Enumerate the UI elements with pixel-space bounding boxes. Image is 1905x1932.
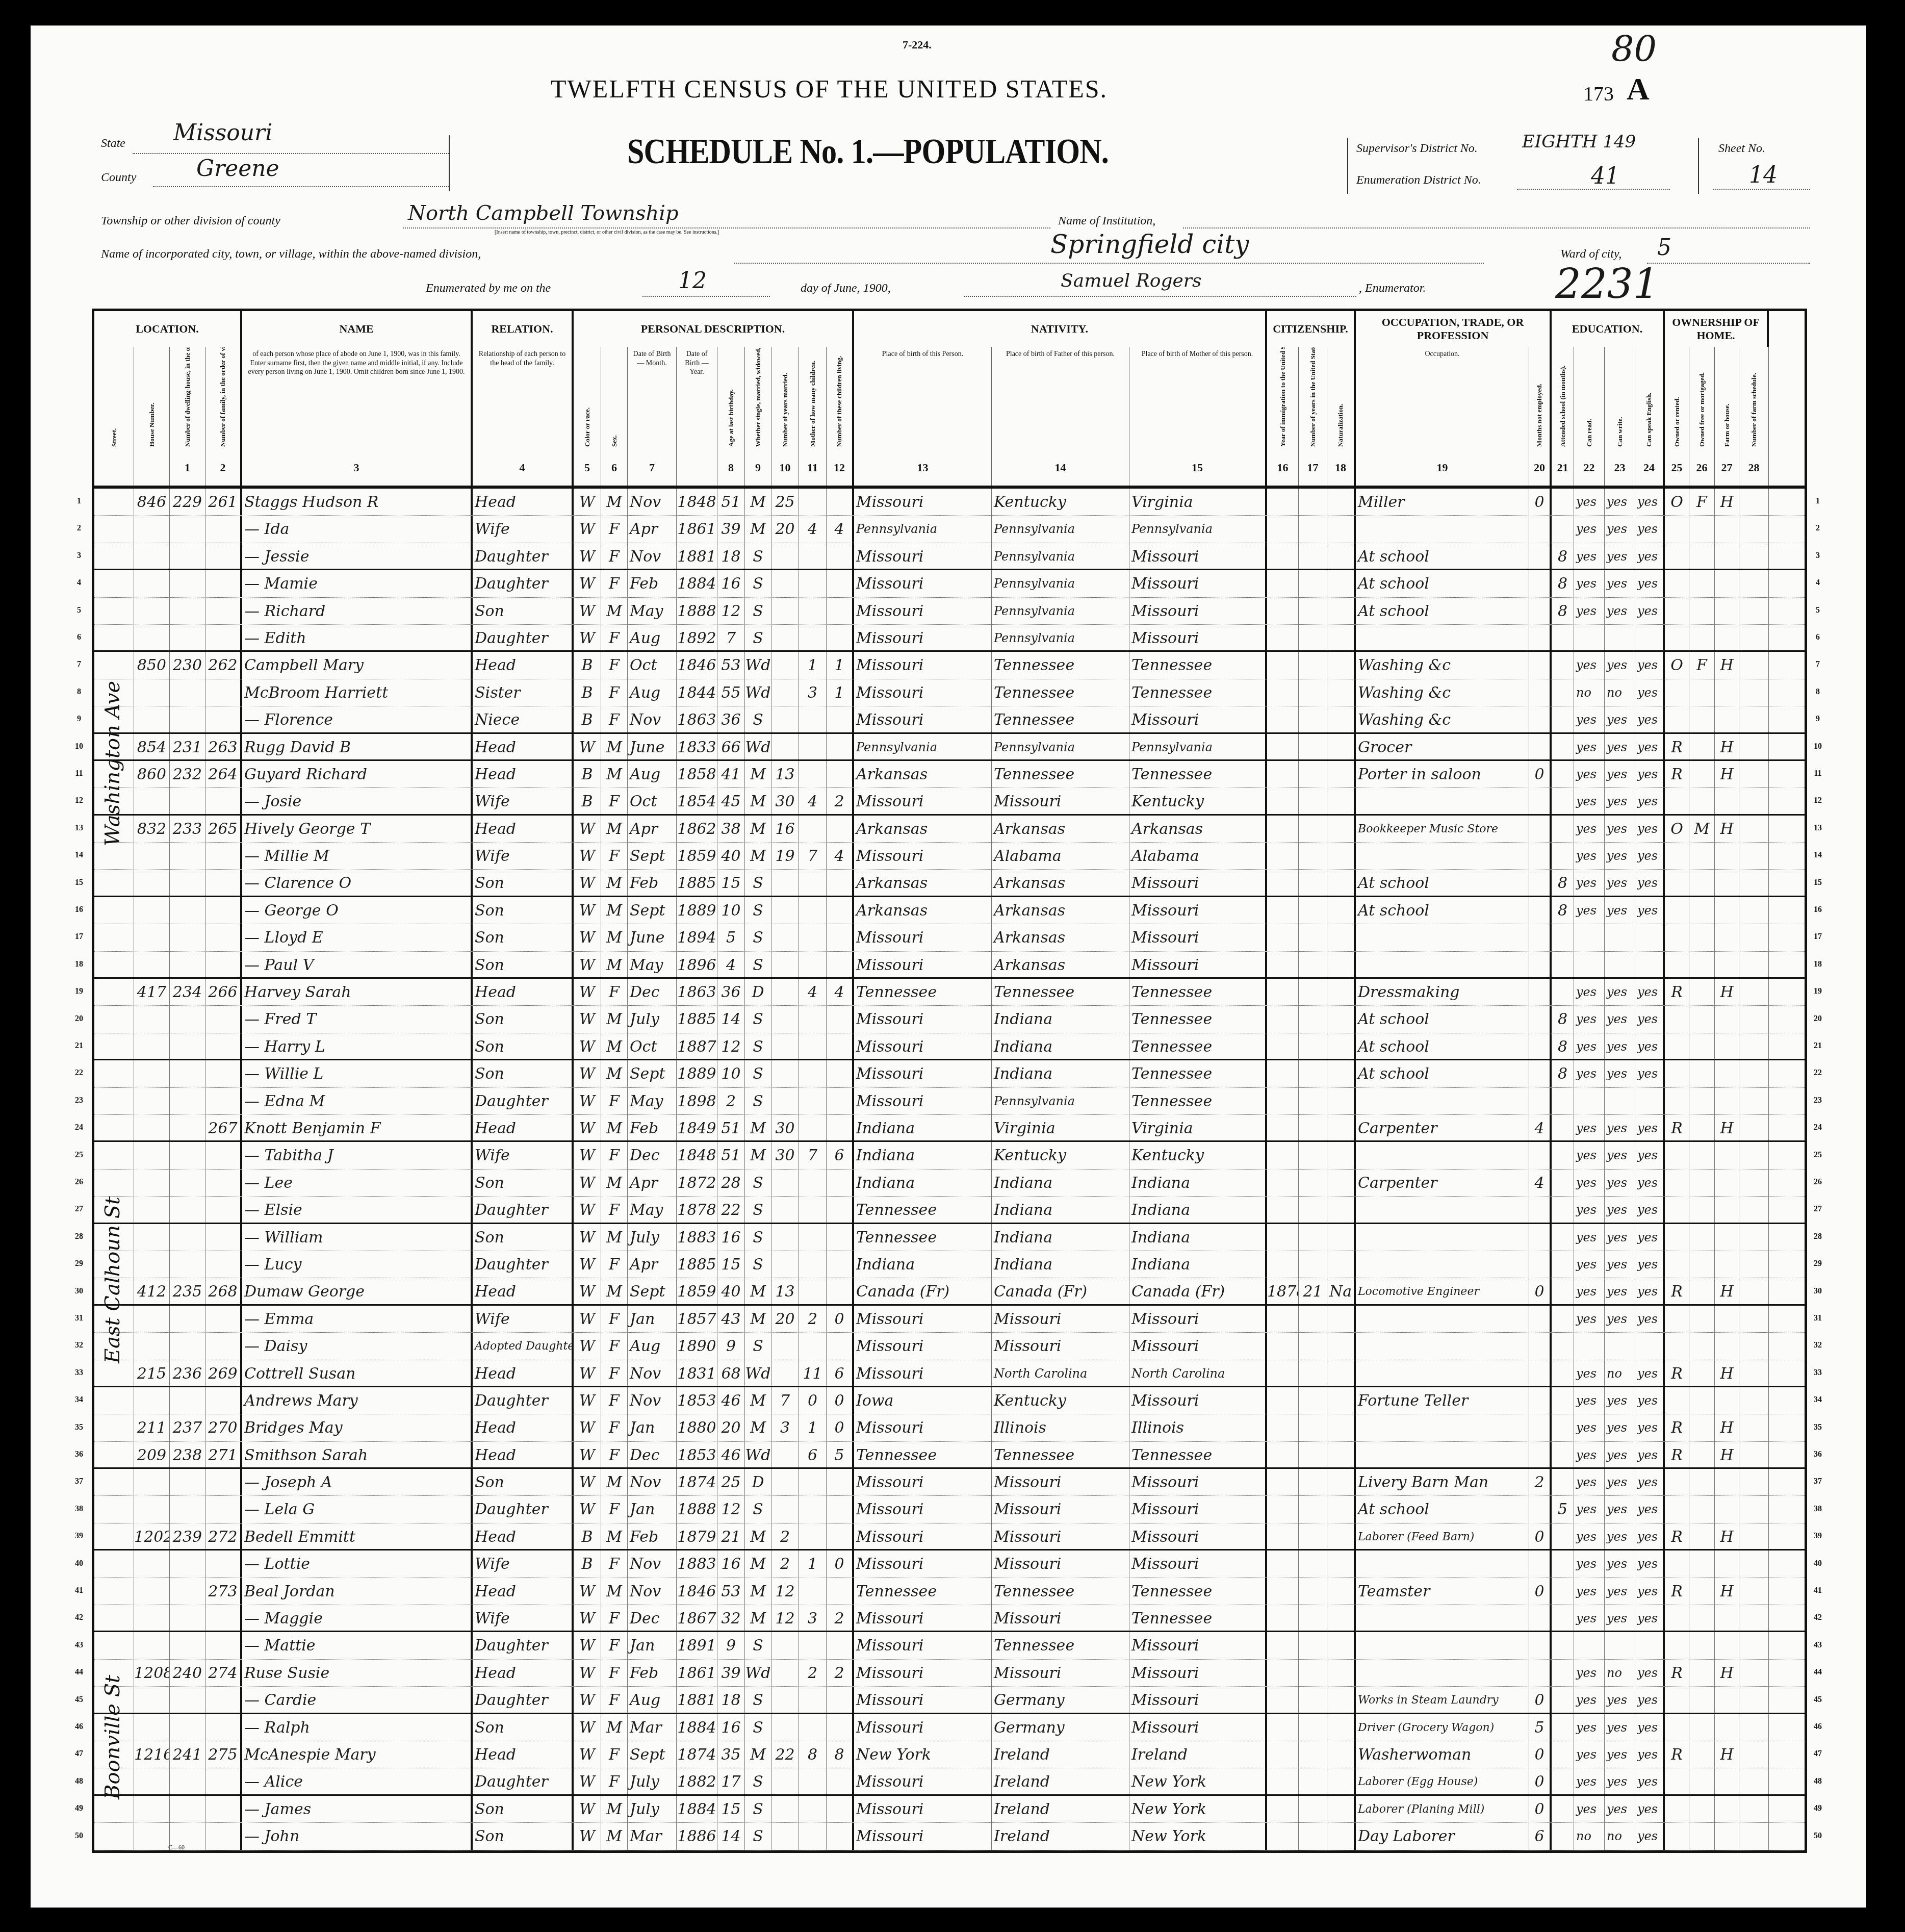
cell-children_living — [827, 1088, 854, 1114]
table-row: 215236269Cottrell SusanHeadWFNov183168Wd… — [94, 1360, 1805, 1387]
cell-free_mortgaged — [1689, 1578, 1715, 1605]
cell-children_living — [827, 1060, 854, 1087]
line-number: 35 — [71, 1423, 87, 1432]
cell-english: yes — [1635, 1796, 1665, 1822]
cell-naturalization — [1327, 1224, 1356, 1251]
cell-year: 1833 — [677, 734, 717, 759]
cell-write: yes — [1605, 1115, 1635, 1140]
cell-naturalization — [1327, 1578, 1356, 1605]
cell-school_months: 8 — [1552, 1060, 1574, 1087]
cell-months_unemployed — [1529, 1224, 1552, 1251]
cell-farm_house — [1715, 924, 1739, 951]
cell-marital: M — [745, 1605, 771, 1631]
cell-months_unemployed — [1529, 952, 1552, 977]
cell-years_married — [771, 1796, 799, 1822]
line-number: 39 — [1810, 1532, 1825, 1541]
cell-years_married: 2 — [771, 1550, 799, 1577]
cell-immigration_year — [1267, 870, 1299, 895]
cell-naturalization — [1327, 1796, 1356, 1822]
table-row: — JosieWifeBFOct185445M3042MissouriMisso… — [94, 788, 1805, 815]
cell-months_unemployed — [1529, 1660, 1552, 1686]
cell-free_mortgaged — [1689, 1660, 1715, 1686]
cell-farm_schedule — [1739, 816, 1769, 842]
page-number: 173 — [1583, 82, 1614, 106]
column-number: 22 — [1574, 450, 1605, 486]
cell-children_living: 5 — [827, 1442, 854, 1467]
cell-years_in_us — [1299, 1251, 1327, 1278]
line-number: 16 — [1810, 905, 1825, 914]
cell-month: Nov — [628, 1387, 677, 1414]
cell-children_born — [799, 1714, 827, 1741]
cell-free_mortgaged — [1689, 1360, 1715, 1386]
cell-birthplace: Indiana — [854, 1170, 992, 1196]
cell-name: — Cardie — [242, 1687, 473, 1712]
cell-years_married — [771, 1714, 799, 1741]
cell-read: yes — [1574, 1469, 1605, 1495]
cell-race: W — [574, 1251, 601, 1278]
cell-relation: Head — [473, 1442, 574, 1467]
cell-street — [94, 570, 134, 597]
cell-write: yes — [1605, 1197, 1635, 1222]
cell-street — [94, 1632, 134, 1659]
cell-father_birthplace: Tennessee — [992, 706, 1129, 732]
cell-birthplace: Canada (Fr) — [854, 1278, 992, 1304]
cell-farm_house: H — [1715, 1414, 1739, 1441]
cell-father_birthplace: Missouri — [992, 788, 1129, 814]
line-number: 43 — [71, 1641, 87, 1650]
day-field: 12 — [678, 268, 707, 294]
cell-children_living: 6 — [827, 1360, 854, 1386]
column-number: 15 — [1129, 450, 1267, 486]
line-number: 11 — [71, 769, 87, 778]
cell-immigration_year — [1267, 1687, 1299, 1712]
cell-years_in_us — [1299, 1632, 1327, 1659]
cell-birthplace: Indiana — [854, 1251, 992, 1278]
cell-family — [205, 1796, 242, 1822]
cell-read: yes — [1574, 598, 1605, 624]
column-header-label: Can write. — [1616, 417, 1624, 447]
cell-month: Sept — [628, 1278, 677, 1304]
cell-children_born: 1 — [799, 1550, 827, 1577]
cell-street — [94, 1033, 134, 1059]
cell-years_in_us — [1299, 897, 1327, 924]
cell-marital: M — [745, 1550, 771, 1577]
cell-birthplace: Missouri — [854, 1060, 992, 1087]
cell-years_married — [771, 1006, 799, 1032]
cell-naturalization — [1327, 1687, 1356, 1712]
cell-english: yes — [1635, 1224, 1665, 1251]
cell-farm_schedule — [1739, 570, 1769, 597]
column-number: 20 — [1529, 450, 1552, 486]
line-number: 19 — [1810, 987, 1825, 996]
line-number: 24 — [71, 1123, 87, 1132]
column-header-mother_birthplace: Place of birth of Mother of this person. — [1129, 347, 1267, 450]
cell-relation: Son — [473, 1060, 574, 1087]
cell-read: yes — [1574, 897, 1605, 924]
cell-name: — Lottie — [242, 1550, 473, 1577]
cell-race: W — [574, 1033, 601, 1059]
cell-relation: Head — [473, 489, 574, 515]
column-number — [94, 450, 134, 486]
cell-immigration_year — [1267, 1496, 1299, 1522]
line-number: 43 — [1810, 1641, 1825, 1650]
cell-race: W — [574, 1387, 601, 1414]
column-header-label: Can read. — [1585, 419, 1593, 447]
cell-read: yes — [1574, 1605, 1605, 1631]
cell-mother_birthplace: Missouri — [1129, 1632, 1267, 1659]
cell-farm_house: H — [1715, 652, 1739, 678]
cell-free_mortgaged — [1689, 706, 1715, 732]
cell-years_in_us — [1299, 543, 1327, 569]
cell-race: W — [574, 1224, 601, 1251]
cell-father_birthplace: Missouri — [992, 1605, 1129, 1631]
cell-occupation: Carpenter — [1356, 1170, 1529, 1196]
cell-occupation — [1356, 1660, 1529, 1686]
cell-birthplace: Missouri — [854, 843, 992, 869]
cell-sex: M — [601, 1170, 628, 1196]
cell-read — [1574, 1333, 1605, 1359]
cell-age: 51 — [717, 1142, 745, 1168]
cell-months_unemployed — [1529, 979, 1552, 1005]
column-number: 28 — [1739, 450, 1769, 486]
column-number: 10 — [771, 450, 799, 486]
cell-mother_birthplace: Missouri — [1129, 625, 1267, 650]
cell-dwelling: 231 — [170, 734, 205, 759]
column-number: 24 — [1635, 450, 1665, 486]
cell-relation: Wife — [473, 843, 574, 869]
table-row: — Clarence OSonWMFeb188515SArkansasArkan… — [94, 870, 1805, 897]
cell-children_born — [799, 570, 827, 597]
cell-month: Feb — [628, 1523, 677, 1549]
cell-school_months — [1552, 1687, 1574, 1712]
cell-name: Rugg David B — [242, 734, 473, 759]
line-number: 2 — [71, 524, 87, 533]
cell-sex: F — [601, 543, 628, 569]
cell-naturalization — [1327, 1823, 1356, 1849]
cell-immigration_year — [1267, 1170, 1299, 1196]
cell-relation: Head — [473, 1660, 574, 1686]
cell-occupation: At school — [1356, 897, 1529, 924]
cell-relation: Son — [473, 924, 574, 951]
cell-street — [94, 924, 134, 951]
cell-race: W — [574, 1660, 601, 1686]
line-number: 40 — [71, 1559, 87, 1568]
cell-farm_house — [1715, 1687, 1739, 1712]
cell-english: yes — [1635, 570, 1665, 597]
cell-write: yes — [1605, 1605, 1635, 1631]
cell-farm_schedule — [1739, 1768, 1769, 1794]
cell-race: W — [574, 489, 601, 515]
cell-owned_rented — [1665, 1197, 1689, 1222]
cell-read — [1574, 625, 1605, 650]
cell-years_married: 13 — [771, 1278, 799, 1304]
cell-mother_birthplace: Missouri — [1129, 897, 1267, 924]
cell-read: yes — [1574, 1251, 1605, 1278]
cell-naturalization — [1327, 1550, 1356, 1577]
cell-years_married — [771, 870, 799, 895]
cell-family — [205, 1550, 242, 1577]
cell-years_married: 22 — [771, 1741, 799, 1768]
cell-birthplace: Missouri — [854, 570, 992, 597]
cell-english: yes — [1635, 1360, 1665, 1386]
cell-father_birthplace: Ireland — [992, 1796, 1129, 1822]
cell-english: yes — [1635, 1278, 1665, 1304]
line-number: 41 — [71, 1586, 87, 1595]
cell-year: 1844 — [677, 679, 717, 706]
cell-year: 1896 — [677, 952, 717, 977]
cell-age: 36 — [717, 979, 745, 1005]
cell-sex: F — [601, 1768, 628, 1794]
cell-occupation: Day Laborer — [1356, 1823, 1529, 1849]
cell-house — [134, 625, 170, 650]
cell-write: yes — [1605, 1687, 1635, 1712]
cell-immigration_year — [1267, 1823, 1299, 1849]
cell-farm_schedule — [1739, 1278, 1769, 1304]
cell-read: yes — [1574, 1197, 1605, 1222]
column-header-label: House Number. — [148, 403, 156, 447]
cell-race: W — [574, 1414, 601, 1441]
cell-owned_rented: O — [1665, 652, 1689, 678]
cell-dwelling — [170, 1060, 205, 1087]
cell-owned_rented — [1665, 1060, 1689, 1087]
cell-years_married: 13 — [771, 761, 799, 787]
cell-mother_birthplace: Missouri — [1129, 543, 1267, 569]
cell-owned_rented: R — [1665, 1442, 1689, 1467]
cell-dwelling — [170, 1115, 205, 1140]
cell-dwelling: 235 — [170, 1278, 205, 1304]
cell-month: May — [628, 1197, 677, 1222]
cell-school_months — [1552, 1605, 1574, 1631]
cell-free_mortgaged — [1689, 1088, 1715, 1114]
cell-children_born — [799, 598, 827, 624]
cell-children_living — [827, 625, 854, 650]
cell-father_birthplace: Pennsylvania — [992, 570, 1129, 597]
cell-farm_house — [1715, 870, 1739, 895]
cell-mother_birthplace: Virginia — [1129, 489, 1267, 515]
cell-naturalization — [1327, 952, 1356, 977]
line-number: 37 — [71, 1477, 87, 1486]
cell-naturalization — [1327, 1197, 1356, 1222]
cell-naturalization — [1327, 1033, 1356, 1059]
cell-english: yes — [1635, 1414, 1665, 1441]
cell-dwelling — [170, 1224, 205, 1251]
cell-house — [134, 1714, 170, 1741]
stamp-number: 2231 — [1555, 260, 1659, 308]
cell-father_birthplace: Missouri — [992, 1660, 1129, 1686]
cell-children_born — [799, 734, 827, 759]
cell-years_in_us — [1299, 734, 1327, 759]
enumerator-underline — [964, 296, 1356, 297]
cell-age: 45 — [717, 788, 745, 814]
cell-school_months — [1552, 1333, 1574, 1359]
cell-read: yes — [1574, 1714, 1605, 1741]
cell-naturalization — [1327, 652, 1356, 678]
column-number: 3 — [242, 450, 473, 486]
cell-father_birthplace: Germany — [992, 1687, 1129, 1712]
cell-farm_schedule — [1739, 1469, 1769, 1495]
cell-street — [94, 1496, 134, 1522]
table-row: — LottieWifeBFNov188316M210MissouriMisso… — [94, 1550, 1805, 1578]
table-row: — LucyDaughterWFApr188515SIndianaIndiana… — [94, 1251, 1805, 1278]
cell-years_married: 30 — [771, 788, 799, 814]
cell-marital: Wd — [745, 1360, 771, 1386]
cell-occupation: Washing &c — [1356, 679, 1529, 706]
line-number: 9 — [1810, 715, 1825, 724]
cell-race: W — [574, 734, 601, 759]
line-number: 3 — [1810, 551, 1825, 561]
line-number: 8 — [71, 688, 87, 697]
cell-occupation: At school — [1356, 1006, 1529, 1032]
column-number — [134, 450, 170, 486]
cell-immigration_year — [1267, 816, 1299, 842]
cell-english: yes — [1635, 1578, 1665, 1605]
cell-school_months — [1552, 1142, 1574, 1168]
cell-year: 1861 — [677, 516, 717, 542]
cell-name: Guyard Richard — [242, 761, 473, 787]
cell-immigration_year — [1267, 1033, 1299, 1059]
cell-years_in_us — [1299, 598, 1327, 624]
cell-years_in_us — [1299, 489, 1327, 515]
cell-school_months — [1552, 1360, 1574, 1386]
cell-children_born — [799, 870, 827, 895]
cell-months_unemployed: 0 — [1529, 1578, 1552, 1605]
cell-read: yes — [1574, 652, 1605, 678]
cell-months_unemployed — [1529, 1442, 1552, 1467]
cell-birthplace: Missouri — [854, 1714, 992, 1741]
cell-name: Beal Jordan — [242, 1578, 473, 1605]
cell-mother_birthplace: Missouri — [1129, 1306, 1267, 1332]
cell-farm_house — [1715, 897, 1739, 924]
county-underline — [153, 186, 449, 187]
line-number: 1 — [1810, 497, 1825, 506]
cell-sex: M — [601, 1060, 628, 1087]
cell-sex: M — [601, 1033, 628, 1059]
cell-naturalization — [1327, 1251, 1356, 1278]
cell-race: W — [574, 1360, 601, 1386]
cell-year: 1853 — [677, 1442, 717, 1467]
cell-children_born — [799, 761, 827, 787]
line-number: 12 — [1810, 796, 1825, 805]
cell-farm_house: H — [1715, 489, 1739, 515]
cell-father_birthplace: Arkansas — [992, 952, 1129, 977]
column-header-read: Can read. — [1574, 347, 1605, 450]
cell-farm_house — [1715, 1306, 1739, 1332]
population-table: LOCATION.NAMERELATION.PERSONAL DESCRIPTI… — [92, 309, 1807, 1853]
cell-owned_rented — [1665, 1088, 1689, 1114]
cell-english: yes — [1635, 706, 1665, 732]
cell-name: — Jessie — [242, 543, 473, 569]
line-number: 18 — [71, 960, 87, 969]
cell-mother_birthplace: Missouri — [1129, 598, 1267, 624]
column-number: 5 — [574, 450, 601, 486]
cell-farm_schedule — [1739, 734, 1769, 759]
cell-years_married — [771, 570, 799, 597]
cell-children_born: 4 — [799, 516, 827, 542]
cell-english: yes — [1635, 1142, 1665, 1168]
cell-owned_rented: R — [1665, 761, 1689, 787]
cell-name: — William — [242, 1224, 473, 1251]
cell-write: yes — [1605, 1033, 1635, 1059]
enumeration-district-label: Enumeration District No. — [1356, 173, 1481, 187]
cell-farm_schedule — [1739, 1387, 1769, 1414]
cell-father_birthplace: Pennsylvania — [992, 598, 1129, 624]
cell-birthplace: Missouri — [854, 1605, 992, 1631]
cell-months_unemployed — [1529, 788, 1552, 814]
cell-sex: M — [601, 870, 628, 895]
cell-father_birthplace: Tennessee — [992, 761, 1129, 787]
cell-years_in_us — [1299, 570, 1327, 597]
table-row: — JessieDaughterWFNov188118SMissouriPenn… — [94, 543, 1805, 570]
cell-farm_house — [1715, 1632, 1739, 1659]
cell-free_mortgaged — [1689, 761, 1715, 787]
cell-write: yes — [1605, 1550, 1635, 1577]
cell-english: yes — [1635, 761, 1665, 787]
table-row: — LeeSonWMApr187228SIndianaIndianaIndian… — [94, 1170, 1805, 1197]
cell-children_living: 2 — [827, 1605, 854, 1631]
line-number: 22 — [71, 1069, 87, 1078]
cell-age: 18 — [717, 1687, 745, 1712]
cell-mother_birthplace: Missouri — [1129, 1387, 1267, 1414]
cell-marital: S — [745, 570, 771, 597]
cell-owned_rented: R — [1665, 1741, 1689, 1768]
cell-race: W — [574, 1496, 601, 1522]
cell-farm_house — [1715, 1088, 1739, 1114]
cell-read: yes — [1574, 843, 1605, 869]
cell-write: no — [1605, 1660, 1635, 1686]
table-body: 846229261Staggs Hudson RHeadWMNov184851M… — [94, 489, 1805, 1850]
cell-birthplace: Missouri — [854, 1823, 992, 1849]
cell-year: 1885 — [677, 1006, 717, 1032]
cell-years_in_us — [1299, 1687, 1327, 1712]
cell-free_mortgaged — [1689, 516, 1715, 542]
cell-marital: S — [745, 1823, 771, 1849]
cell-read: yes — [1574, 570, 1605, 597]
cell-farm_schedule — [1739, 1605, 1769, 1631]
line-number: 39 — [71, 1532, 87, 1541]
cell-occupation — [1356, 516, 1529, 542]
cell-school_months: 8 — [1552, 1033, 1574, 1059]
cell-sex: M — [601, 924, 628, 951]
cell-marital: S — [745, 1224, 771, 1251]
cell-farm_schedule — [1739, 1523, 1769, 1549]
cell-years_in_us — [1299, 1306, 1327, 1332]
cell-months_unemployed — [1529, 598, 1552, 624]
cell-sex: F — [601, 516, 628, 542]
line-number: 30 — [71, 1287, 87, 1296]
cell-dwelling: 232 — [170, 761, 205, 787]
cell-mother_birthplace: Tennessee — [1129, 1578, 1267, 1605]
line-number: 9 — [71, 715, 87, 724]
cell-immigration_year — [1267, 952, 1299, 977]
cell-sex: M — [601, 1469, 628, 1495]
cell-immigration_year — [1267, 625, 1299, 650]
cell-naturalization — [1327, 1333, 1356, 1359]
cell-years_married — [771, 1660, 799, 1686]
cell-relation: Head — [473, 1278, 574, 1304]
cell-occupation: Porter in saloon — [1356, 761, 1529, 787]
cell-years_married: 7 — [771, 1387, 799, 1414]
cell-marital: S — [745, 706, 771, 732]
cell-months_unemployed — [1529, 543, 1552, 569]
cell-mother_birthplace: Tennessee — [1129, 1006, 1267, 1032]
cell-write: no — [1605, 1823, 1635, 1849]
line-number: 50 — [1810, 1832, 1825, 1841]
cell-mother_birthplace: Missouri — [1129, 1550, 1267, 1577]
cell-marital: M — [745, 1142, 771, 1168]
line-number: 17 — [1810, 932, 1825, 942]
cell-school_months — [1552, 1550, 1574, 1577]
cell-marital: D — [745, 1469, 771, 1495]
